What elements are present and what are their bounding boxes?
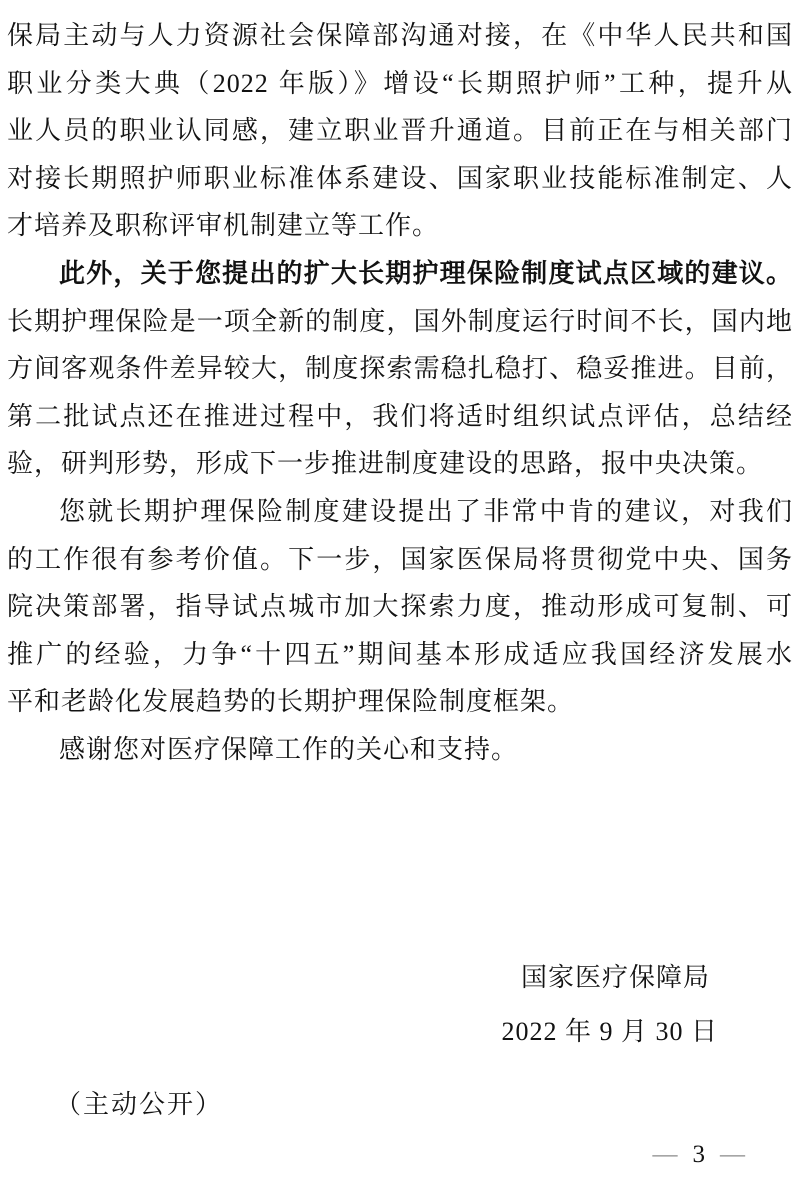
body-line-bold: 此外，关于您提出的扩大长期护理保险制度试点区域的建议。	[7, 250, 793, 298]
page-number-dash: —	[653, 1141, 678, 1168]
body-line: 验，研判形势，形成下一步推进制度建设的思路，报中央决策。	[7, 440, 793, 488]
signature-block: 国家医疗保障局 2022 年 9 月 30 日	[0, 954, 800, 1056]
body-line: 才培养及职称评审机制建立等工作。	[7, 202, 793, 250]
document-page: 保局主动与人力资源社会保障部沟通对接，在《中华人民共和国 职业分类大典（2022…	[0, 0, 800, 1183]
body-line: 您就长期护理保险制度建设提出了非常中肯的建议，对我们	[7, 488, 793, 536]
body-line: 的工作很有参考价值。下一步，国家医保局将贯彻党中央、国务	[7, 536, 793, 584]
page-number-dash: —	[720, 1141, 745, 1168]
body-line: 业人员的职业认同感，建立职业晋升通道。目前正在与相关部门	[7, 107, 793, 155]
page-number-value: 3	[693, 1140, 706, 1170]
body-line: 平和老龄化发展趋势的长期护理保险制度框架。	[7, 678, 793, 726]
body-line: 对接长期照护师职业标准体系建设、国家职业技能标准制定、人	[7, 155, 793, 203]
body-line: 职业分类大典（2022 年版）》增设“长期照护师”工种，提升从	[7, 60, 793, 108]
body-line: 保局主动与人力资源社会保障部沟通对接，在《中华人民共和国	[7, 12, 793, 60]
disclosure-note: （主动公开）	[0, 1081, 800, 1129]
body-line: 院决策部署，指导试点城市加大探索力度，推动形成可复制、可	[7, 583, 793, 631]
body-line: 感谢您对医疗保障工作的关心和支持。	[7, 726, 793, 774]
body-line: 推广的经验，力争“十四五”期间基本形成适应我国经济发展水	[7, 631, 793, 679]
page-number: —3—	[0, 1140, 800, 1170]
signature-date: 2022 年 9 月 30 日	[0, 1008, 800, 1056]
body-line: 第二批试点还在推进过程中，我们将适时组织试点评估，总结经	[7, 393, 793, 441]
document-body: 保局主动与人力资源社会保障部沟通对接，在《中华人民共和国 职业分类大典（2022…	[0, 0, 800, 774]
signature-agency: 国家医疗保障局	[0, 954, 800, 1002]
body-line: 方间客观条件差异较大，制度探索需稳扎稳打、稳妥推进。目前，	[7, 345, 793, 393]
body-line: 长期护理保险是一项全新的制度，国外制度运行时间不长，国内地	[7, 298, 793, 346]
